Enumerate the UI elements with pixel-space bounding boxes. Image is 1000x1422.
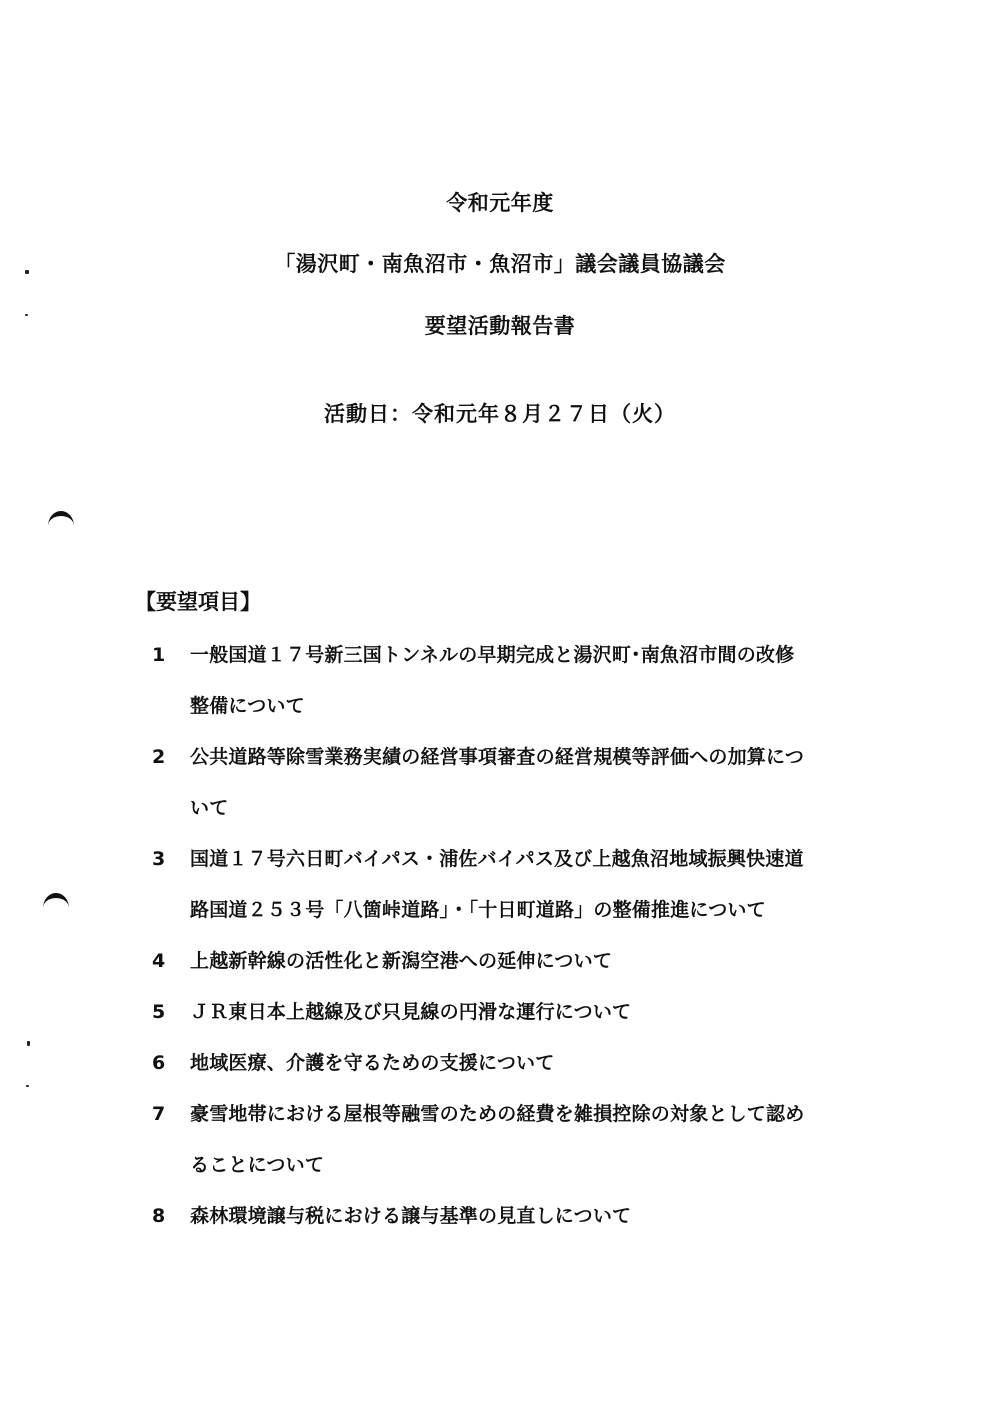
request-text: 整備について — [190, 692, 305, 720]
activity-date: 活動日：令和元年８月２７日（火） — [0, 400, 1000, 428]
request-item-7: 7 豪雪地帯における屋根等融雪のための経費を雑損控除の対象として認め — [0, 1100, 1000, 1128]
council-name: 「湯沢町・南魚沼市・魚沼市」議会議員協議会 — [0, 250, 1000, 278]
request-item-8: 8 森林環境譲与税における譲与基準の見直しについて — [0, 1202, 1000, 1230]
document-page: 令和元年度 「湯沢町・南魚沼市・魚沼市」議会議員協議会 要望活動報告書 活動日：… — [0, 0, 1000, 1422]
request-item-5: 5 ＪＲ東日本上越線及び只見線の円滑な運行について — [0, 998, 1000, 1026]
report-title: 要望活動報告書 — [0, 312, 1000, 340]
scan-speck — [27, 1041, 30, 1046]
request-item-1: 1 一般国道１７号新三国トンネルの早期完成と湯沢町･南魚沼市間の改修 — [0, 641, 1000, 669]
request-number: 4 — [152, 947, 172, 975]
request-item-4: 4 上越新幹線の活性化と新潟空港への延伸について — [0, 947, 1000, 975]
request-number: 2 — [152, 743, 172, 771]
request-text: 豪雪地帯における屋根等融雪のための経費を雑損控除の対象として認め — [190, 1100, 804, 1128]
request-item-3: 3 国道１７号六日町バイパス・浦佐バイパス及び上越魚沼地域振興快速道 — [0, 845, 1000, 873]
scan-speck — [26, 1085, 29, 1087]
request-text: 公共道路等除雪業務実績の経営事項審査の経営規模等評価への加算につ — [190, 743, 804, 771]
request-text: ることについて — [190, 1151, 324, 1179]
request-text: 地域医療、介護を守るための支援について — [190, 1049, 554, 1077]
request-text: 国道１７号六日町バイパス・浦佐バイパス及び上越魚沼地域振興快速道 — [190, 845, 804, 873]
request-number: 3 — [152, 845, 172, 873]
punch-hole-mark — [48, 511, 74, 526]
fiscal-year: 令和元年度 — [0, 189, 1000, 217]
request-item-6: 6 地域医療、介護を守るための支援について — [0, 1049, 1000, 1077]
request-number: 5 — [152, 998, 172, 1026]
request-text: 森林環境譲与税における譲与基準の見直しについて — [190, 1202, 631, 1230]
request-number: 1 — [152, 641, 172, 669]
request-item-7-continued: ることについて — [0, 1151, 1000, 1179]
section-heading: 【要望項目】 — [135, 588, 261, 616]
request-item-3-continued: 路国道２５３号「八箇峠道路」・「十日町道路」の整備推進について — [0, 896, 1000, 924]
request-number: 8 — [152, 1202, 172, 1230]
request-text: 一般国道１７号新三国トンネルの早期完成と湯沢町･南魚沼市間の改修 — [190, 641, 794, 669]
request-item-1-continued: 整備について — [0, 692, 1000, 720]
request-number: 6 — [152, 1049, 172, 1077]
request-item-2-continued: いて — [0, 794, 1000, 822]
request-text: 路国道２５３号「八箇峠道路」・「十日町道路」の整備推進について — [190, 896, 766, 924]
request-item-2: 2 公共道路等除雪業務実績の経営事項審査の経営規模等評価への加算につ — [0, 743, 1000, 771]
request-text: いて — [190, 794, 228, 822]
request-number: 7 — [152, 1100, 172, 1128]
request-text: ＪＲ東日本上越線及び只見線の円滑な運行について — [190, 998, 631, 1026]
request-text: 上越新幹線の活性化と新潟空港への延伸について — [190, 947, 612, 975]
